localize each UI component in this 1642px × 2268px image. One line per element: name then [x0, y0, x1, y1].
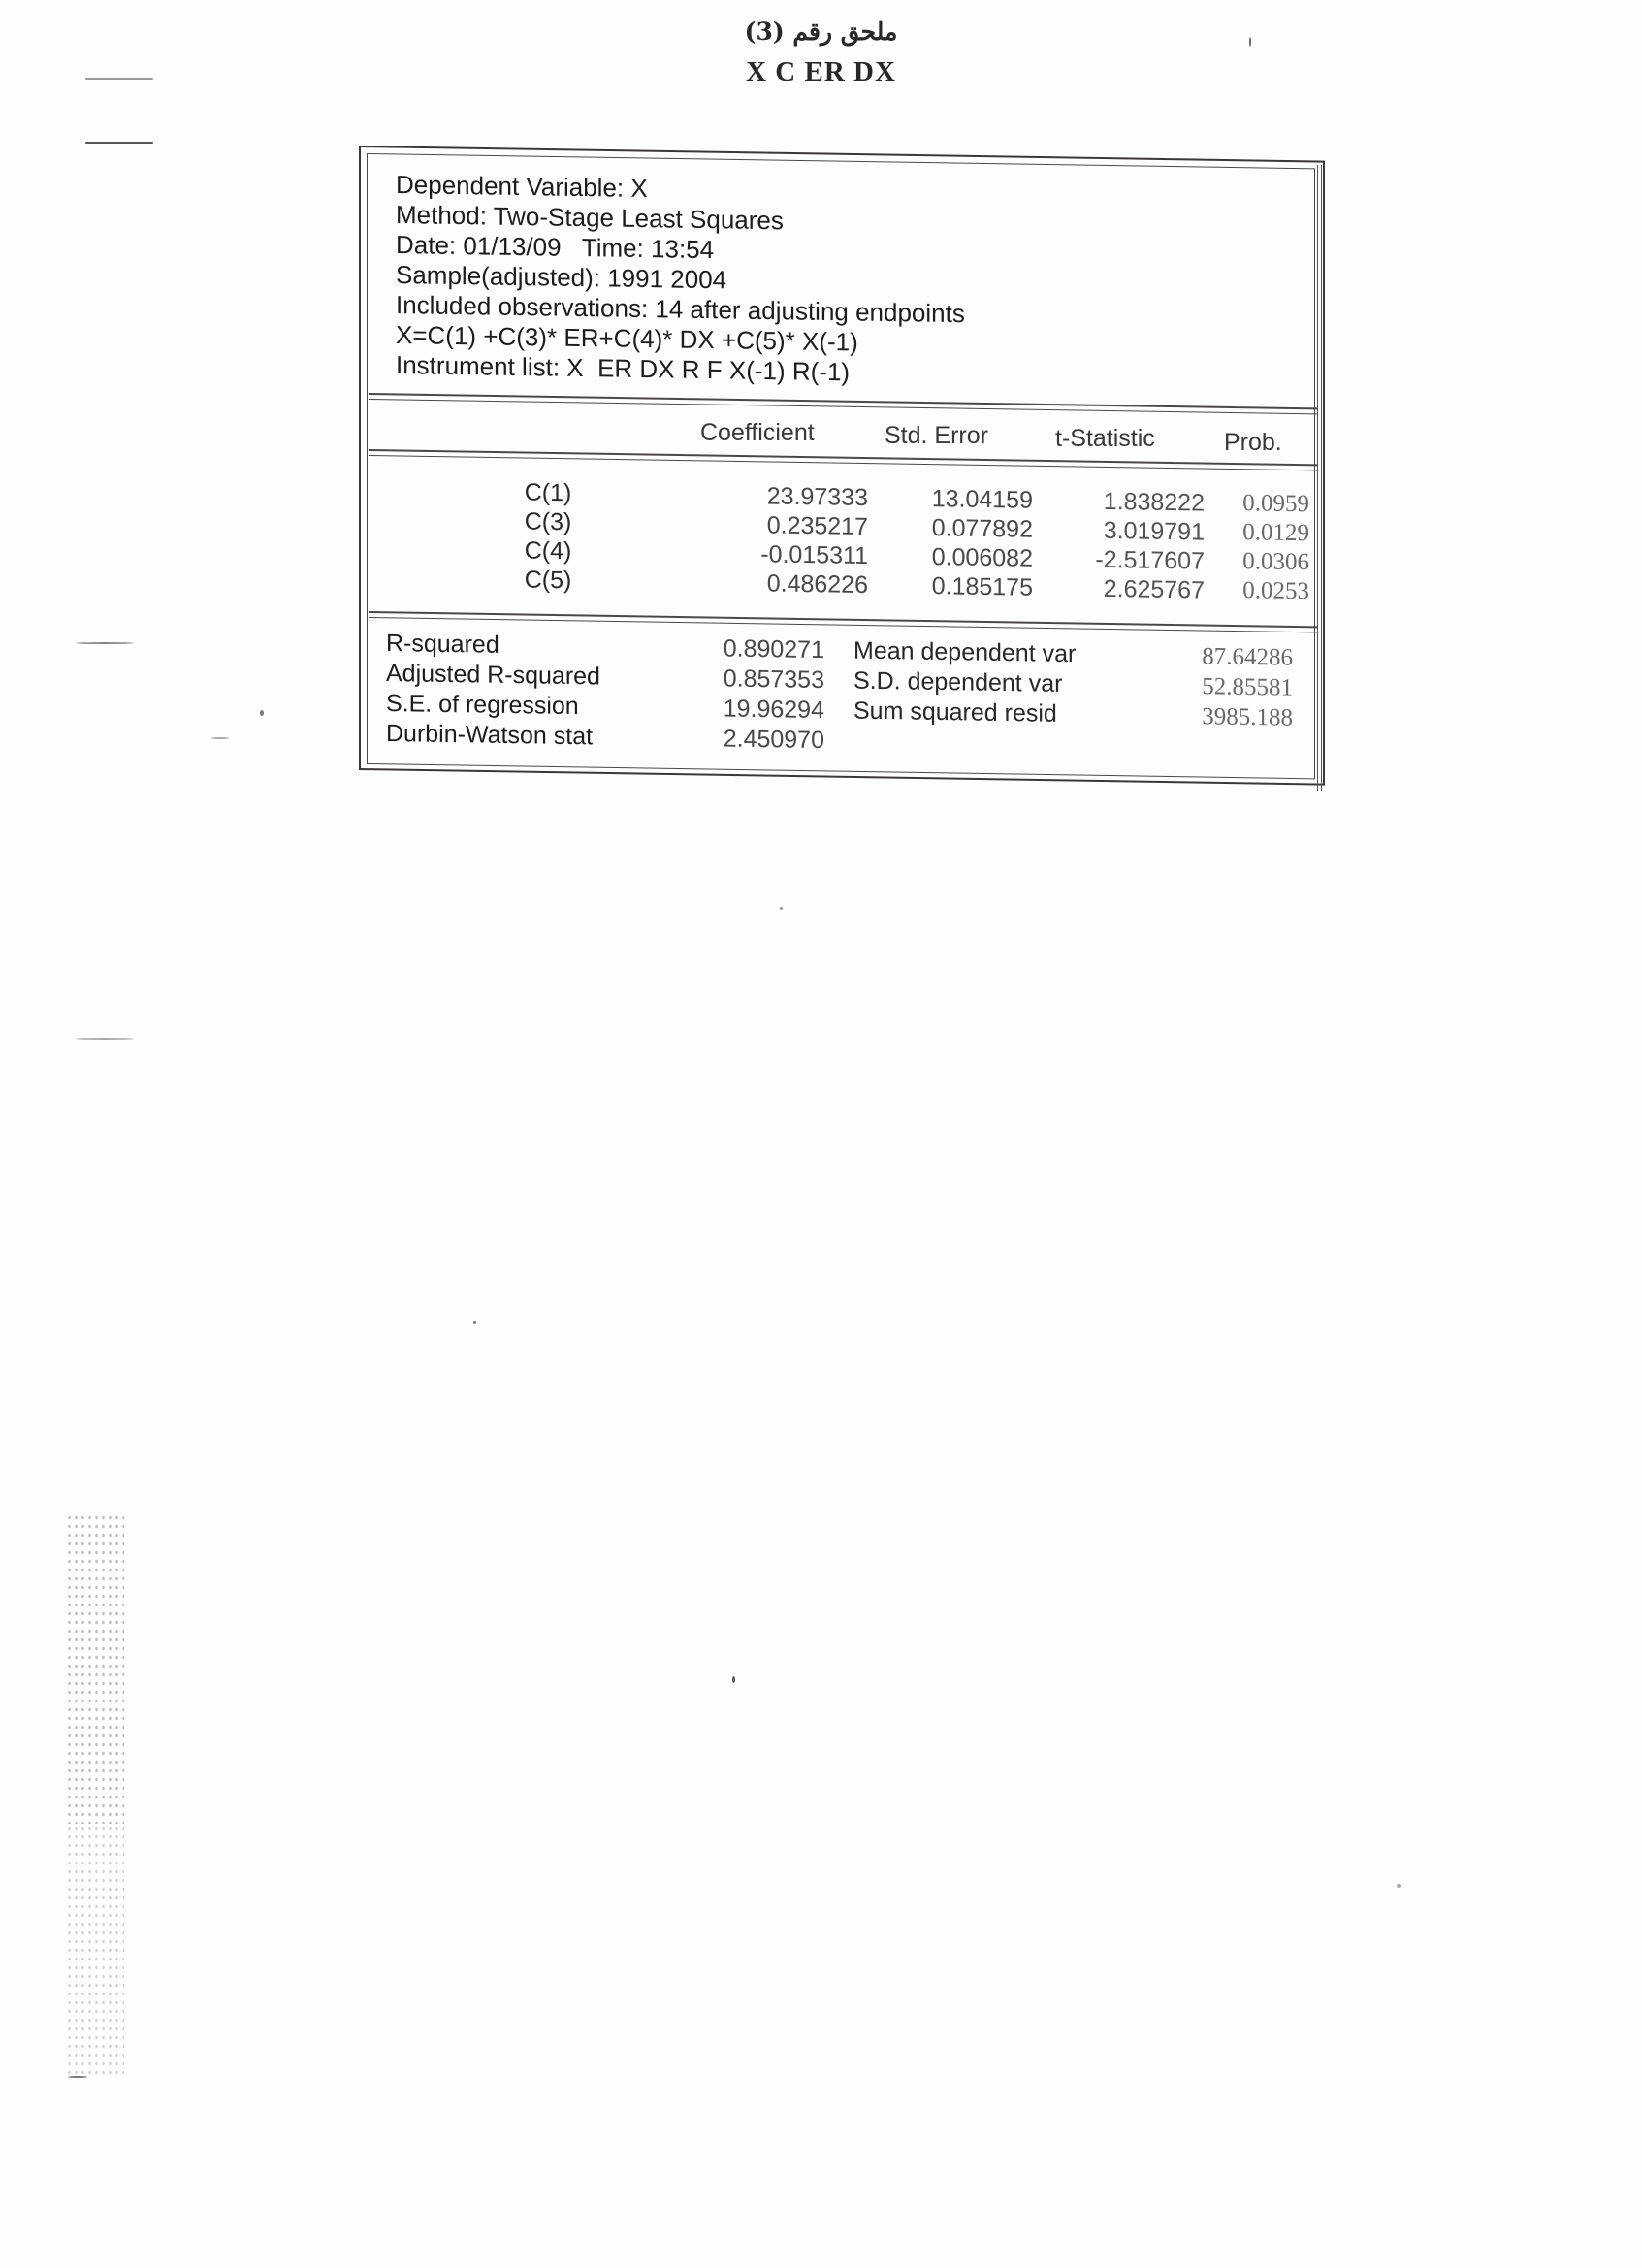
- coefficient-cell: 23.97333: [689, 480, 868, 512]
- scan-speck: [473, 1321, 476, 1324]
- column-header-coefficient: Coefficient: [700, 419, 815, 447]
- column-header-prob: Prob.: [1224, 429, 1282, 457]
- variable-cell: C(4): [499, 535, 596, 567]
- stat-label: Durbin-Watson stat: [386, 719, 593, 752]
- scan-speck: [211, 737, 229, 739]
- estimation-info: Dependent Variable: X Method: Two-Stage …: [396, 170, 965, 389]
- coefficients-table: C(1) 23.97333 13.04159 1.838222 0.0959 C…: [369, 475, 1319, 606]
- summary-statistics: R-squared 0.890271 Mean dependent var 87…: [386, 629, 1319, 763]
- scan-speck: [85, 142, 153, 144]
- appendix-title: ملحق رقم (3): [0, 17, 1642, 46]
- prob-cell: 0.0959: [1212, 489, 1309, 520]
- std-error-cell: 0.006082: [873, 541, 1033, 573]
- stat-value: 3985.188: [1143, 700, 1293, 732]
- column-header-std-error: Std. Error: [885, 422, 988, 450]
- coefficient-cell: 0.235217: [689, 509, 868, 541]
- scan-speck: [85, 78, 153, 80]
- t-statistic-cell: 1.838222: [1038, 486, 1205, 518]
- stat-label: R-squared: [386, 629, 499, 661]
- stat-value: 87.64286: [1143, 640, 1293, 672]
- prob-cell: 0.0129: [1212, 518, 1309, 549]
- scan-speck: [780, 907, 783, 910]
- t-statistic-cell: -2.517607: [1038, 544, 1205, 576]
- t-statistic-cell: 3.019791: [1038, 515, 1205, 547]
- std-error-cell: 0.077892: [873, 512, 1033, 544]
- variables-subtitle: X C ER DX: [0, 56, 1642, 88]
- stat-label: Adjusted R-squared: [386, 659, 600, 692]
- scan-speck: [68, 2076, 87, 2078]
- scan-speck: [1249, 37, 1251, 47]
- column-header-t-statistic: t-Statistic: [1055, 425, 1155, 453]
- prob-cell: 0.0253: [1212, 576, 1309, 607]
- scan-noise-strip: [66, 1513, 124, 1824]
- std-error-cell: 0.185175: [873, 570, 1033, 602]
- variable-cell: C(5): [499, 565, 596, 596]
- scan-speck: [732, 1676, 735, 1683]
- prob-cell: 0.0306: [1212, 547, 1309, 578]
- stat-value: 2.450970: [677, 724, 824, 756]
- std-error-cell: 13.04159: [873, 483, 1033, 515]
- scan-speck: [76, 1038, 134, 1040]
- stat-label: Mean dependent var: [853, 636, 1076, 670]
- coefficient-cell: 0.486226: [689, 567, 868, 599]
- scan-speck: [260, 710, 264, 716]
- scan-speck: [1397, 1884, 1401, 1888]
- stat-label: S.E. of regression: [386, 689, 579, 722]
- stat-value: 0.857353: [677, 664, 824, 696]
- stat-value: 19.96294: [677, 694, 824, 726]
- stat-value: 52.85581: [1143, 670, 1293, 702]
- scan-speck: [76, 642, 134, 644]
- coefficient-cell: -0.015311: [689, 538, 868, 570]
- scan-noise-strip: [66, 1824, 124, 2076]
- stat-label: Sum squared resid: [853, 697, 1057, 729]
- stat-label: S.D. dependent var: [853, 666, 1062, 699]
- variable-cell: C(1): [499, 477, 596, 508]
- t-statistic-cell: 2.625767: [1038, 573, 1205, 605]
- variable-cell: C(3): [499, 506, 596, 537]
- stat-value: 0.890271: [677, 633, 824, 665]
